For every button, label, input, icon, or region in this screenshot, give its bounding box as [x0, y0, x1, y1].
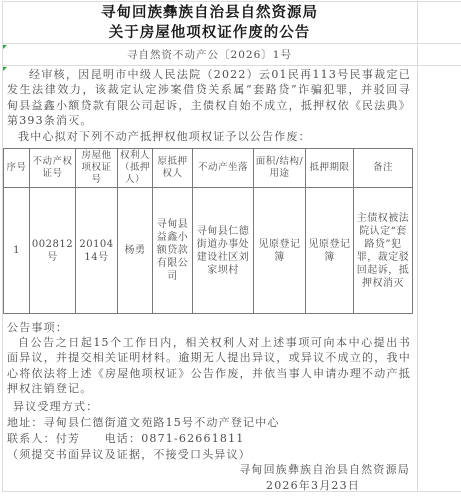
issuer-signature: 寻甸回族彝族自治县自然资源局: [2, 461, 410, 477]
intro-paragraph: 经审核，因昆明市中级人民法院（2022）云01民再113号民事裁定已发生法律效力…: [7, 67, 411, 128]
table-header-row: 序号 不动产权证号 房屋他项权证号 权利人（抵押人） 原抵押权人 不动产坐落 面…: [4, 149, 413, 188]
objection-heading: 异议受理方式：: [13, 399, 98, 414]
header-seq: 序号: [4, 149, 30, 188]
issue-date: 2026年3月23日: [2, 477, 360, 493]
notice-document: { "document": { "title_line1": "寻甸回族彝族自治…: [0, 0, 461, 500]
header-original-mortgagee: 原抵押权人: [153, 149, 193, 188]
cell-location: 寻甸县仁德街道办事处建设社区刘家坝村: [193, 188, 254, 314]
cell-property-cert-no: 002812号: [30, 188, 76, 314]
contact-line: 联系人：付芳 电话：0871-62661811: [7, 431, 245, 446]
table-lead-line: 我中心拟对下列不动产抵押权他项权证予以公告作废：: [7, 129, 311, 144]
cell-seq: 1: [4, 188, 30, 314]
document-number: 寻自然资不动产公〔2026〕1号: [2, 47, 417, 62]
cell-area-structure-use: 见原登记簿: [254, 188, 306, 314]
header-location: 不动产坐落: [193, 149, 254, 188]
header-property-cert-no: 不动产权证号: [30, 149, 76, 188]
grid-top-line: [2, 1, 461, 2]
cell-mortgage-term: 见原登记簿: [306, 188, 354, 314]
title-line-2: 关于房屋他项权证作废的公告: [2, 23, 417, 43]
table-row: 1 002812号 2010414号 杨勇 寻甸县益鑫小额贷款有限公司 寻甸县仁…: [4, 188, 413, 314]
grid-row-line-1: [2, 43, 461, 44]
header-other-right-cert-no: 房屋他项权证号: [76, 149, 118, 188]
header-mortgage-term: 抵押期限: [306, 149, 354, 188]
note-line: （须提交书面异议及证据，不接受口头异议）: [7, 447, 251, 462]
header-right-holder: 权利人（抵押人）: [118, 149, 153, 188]
grid-row-line-2: [2, 65, 461, 66]
header-area-structure-use: 面积/结构/用途: [254, 149, 306, 188]
notice-paragraph: 自公告之日起15个工作日内，相关权利人对上述事项可向本中心提出书面异议，并提交相…: [7, 335, 411, 396]
cell-original-mortgagee: 寻甸县益鑫小额贷款有限公司: [153, 188, 193, 314]
notice-title: 寻甸回族彝族自治县自然资源局 关于房屋他项权证作废的公告: [2, 3, 417, 42]
cell-right-holder: 杨勇: [118, 188, 153, 314]
address-line: 地址：寻甸县仁德街道文苑路15号不动产登记中心: [7, 415, 280, 430]
cell-remarks: 主债权被法院认定“套路贷”犯罪，裁定驳回起诉，抵押权消灭: [354, 188, 413, 314]
title-line-1: 寻甸回族彝族自治县自然资源局: [2, 3, 417, 23]
cancellation-table: 序号 不动产权证号 房屋他项权证号 权利人（抵押人） 原抵押权人 不动产坐落 面…: [3, 148, 413, 314]
header-remarks: 备注: [354, 149, 413, 188]
notice-heading: 公告事项：: [7, 320, 68, 335]
cell-other-right-cert-no: 2010414号: [76, 188, 118, 314]
grid-right-column-line: [417, 1, 418, 491]
